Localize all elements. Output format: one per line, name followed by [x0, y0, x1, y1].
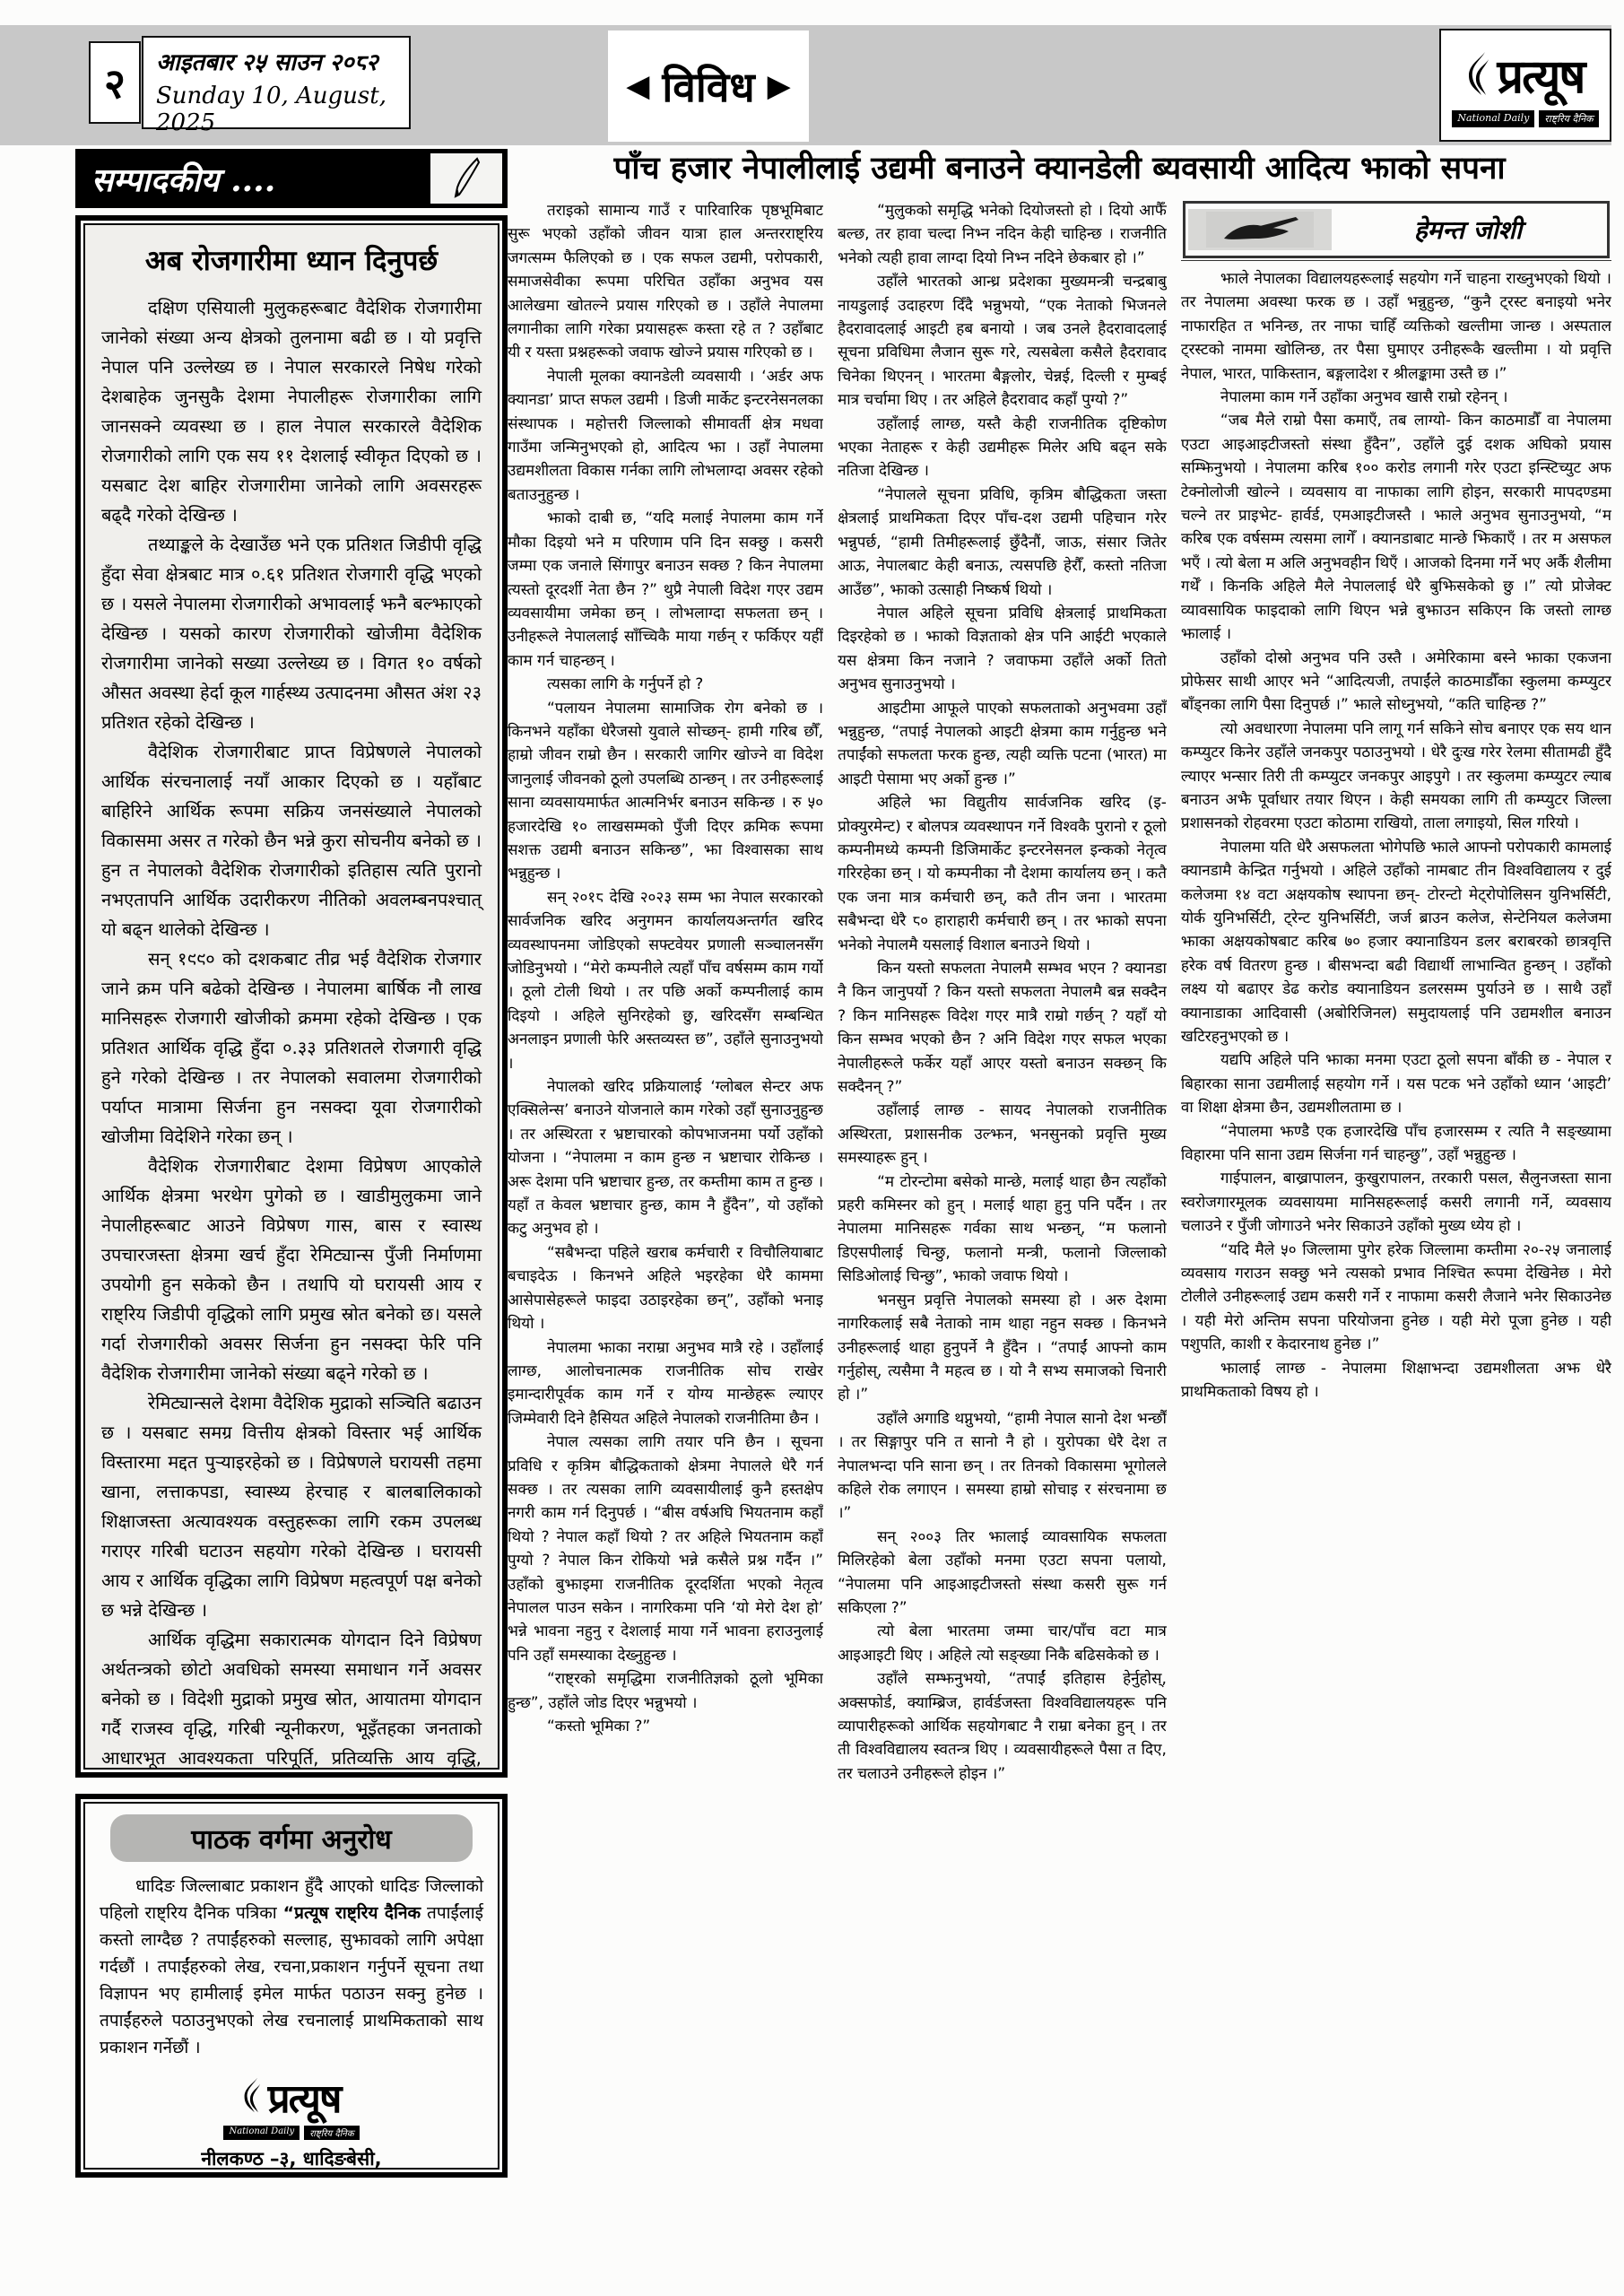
page-number: २	[89, 41, 141, 124]
editorial-paragraph: रेमिट्यान्सले देशमा वैदेशिक मुद्राको सञ्…	[101, 1388, 482, 1625]
masthead-tagline-en: National Daily	[1452, 110, 1534, 127]
footer-logo-name: प्रत्यूष	[268, 2070, 341, 2124]
contact-block: नीलकण्ठ –३, धादिङबेसी, फोन ०१०-५२१४३०,९८…	[100, 2145, 483, 2170]
masthead-flame-icon	[1467, 50, 1494, 100]
article-paragraph: नेपाल अहिले सूचना प्रविधि क्षेत्रलाई प्र…	[838, 602, 1167, 697]
masthead: प्रत्यूष National Daily राष्ट्रिय दैनिक	[1439, 29, 1611, 142]
byline-box: हेमन्त जोशी	[1183, 201, 1610, 258]
article-paragraph: उहाँले भारतको आन्ध्र प्रदेशका मुख्यमन्त्…	[838, 270, 1167, 412]
article-paragraph: उहाँले सम्झनुभयो, “तपाईं इतिहास हेर्नुहो…	[838, 1667, 1167, 1786]
article-column-3: हेमन्त जोशी झाले नेपालका विद्यालयहरूलाई …	[1181, 199, 1611, 2278]
article-paragraph: सन् २००३ तिर झालाई व्यावसायिक सफलता मिलि…	[838, 1526, 1167, 1621]
main-article: पाँच हजार नेपालीलाई उद्यमी बनाउने क्यानड…	[508, 149, 1611, 2278]
article-paragraph: “जब मैले राम्रो पैसा कमाएँ, तब लाग्यो- क…	[1181, 409, 1611, 646]
article-paragraph: उहाँलाई लाग्छ - सायद नेपालको राजनीतिक अस…	[838, 1099, 1167, 1170]
article-paragraph: “म टोरन्टोमा बसेको मान्छे, मलाई थाहा छैन…	[838, 1170, 1167, 1289]
editorial-paragraph: वैदेशिक रोजगारीबाट प्राप्त विप्रेषणले ने…	[101, 737, 482, 944]
article-paragraph: “यदि मैले ५० जिल्लामा पुगेर हरेक जिल्लाम…	[1181, 1239, 1611, 1357]
masthead-tagline-np: राष्ट्रिय दैनिक	[1539, 110, 1598, 127]
reader-request-box: पाठक वर्गमा अनुरोध धादिङ जिल्लाबाट प्रका…	[75, 1794, 508, 2178]
article-column-1: तराइको सामान्य गाउँ र पारिवारिक पृष्ठभूम…	[508, 199, 823, 2278]
article-paragraph: भनसुन प्रवृत्ति नेपालको समस्या हो । अरु …	[838, 1289, 1167, 1407]
footer-logo-tagline-en: National Daily	[223, 2126, 300, 2140]
reader-request-title: पाठक वर्गमा अनुरोध	[110, 1814, 473, 1862]
article-paragraph: नेपालमा यति धेरै असफलता भोगेपछि झाले आफ्…	[1181, 836, 1611, 1049]
newspaper-page: २ आइतबार २५ साउन २०८२ Sunday 10, August,…	[0, 0, 1624, 2296]
reader-request-brand: “प्रत्यूष राष्ट्रिय दैनिक	[283, 1903, 421, 1923]
article-paragraph: “सबैभन्दा पहिले खराब कर्मचारी र विचौलिया…	[508, 1241, 823, 1336]
article-paragraph: “नेपालमा झण्डै एक हजारदेखि पाँच हजारसम्म…	[1181, 1120, 1611, 1168]
article-paragraph: नेपाली मूलका क्यानडेली व्यवसायी । ‘अर्डर…	[508, 365, 823, 507]
article-paragraph: झाले नेपालका विद्यालयहरूलाई सहयोग गर्ने …	[1181, 267, 1611, 386]
editorial-label: सम्पादकीय ....	[91, 157, 275, 201]
editorial-title: अब रोजगारीमा ध्यान दिनुपर्छ	[101, 241, 482, 279]
masthead-name: प्रत्यूष	[1498, 43, 1585, 107]
article-paragraph: नेपाल त्यसका लागि तयार पनि छैन । सूचना प…	[508, 1431, 823, 1667]
article-paragraph: आइटीमा आफूले पाएको सफलताको अनुभवमा उहाँ …	[838, 697, 1167, 792]
writing-hand-icon	[1188, 209, 1332, 250]
article-paragraph: “मुलुकको समृद्धि भनेको दियोजस्तो हो । दि…	[838, 199, 1167, 270]
article-paragraph: गाईपालन, बाख्रापालन, कुखुरापालन, तरकारी …	[1181, 1167, 1611, 1238]
right-arrow-icon: ▶	[768, 71, 791, 101]
footer-flame-icon	[243, 2076, 265, 2118]
date-box: आइतबार २५ साउन २०८२ Sunday 10, August, 2…	[142, 36, 411, 129]
editorial-paragraph: वैदेशिक रोजगारीबाट देशमा विप्रेषण आएकोले…	[101, 1152, 482, 1388]
article-paragraph: नेपालमा झाका नराम्रा अनुभव मात्रै रहे । …	[508, 1336, 823, 1431]
sidebar: सम्पादकीय .... अब रोजगारीमा ध्यान दिनुपर…	[75, 149, 508, 2178]
editorial-banner: सम्पादकीय ....	[75, 149, 508, 208]
section-title: विविध	[662, 58, 754, 114]
article-paragraph: “राष्ट्रको समृद्धिमा राजनीतिज्ञको ठूलो भ…	[508, 1667, 823, 1715]
article-paragraph: झालाई लाग्छ - नेपालमा शिक्षाभन्दा उद्यमश…	[1181, 1357, 1611, 1405]
editorial-box: अब रोजगारीमा ध्यान दिनुपर्छ दक्षिण एसिया…	[75, 215, 508, 1778]
article-paragraph: सन् २०१८ देखि २०२३ सम्म झा नेपाल सरकारको…	[508, 886, 823, 1075]
editorial-paragraph: तथ्याङ्कले के देखाउँछ भने एक प्रतिशत जिड…	[101, 530, 482, 737]
page-number-value: २	[104, 55, 126, 110]
article-paragraph: “पलायन नेपालमा सामाजिक रोग बनेको छ । किन…	[508, 697, 823, 886]
article-paragraph: त्यो बेला भारतमा जम्मा चार/पाँच वटा मात्…	[838, 1620, 1167, 1667]
article-paragraph: उहाँलाई लाग्छ, यस्तै केही राजनीतिक दृष्ट…	[838, 413, 1167, 483]
article-paragraph: “कस्तो भूमिका ?”	[508, 1715, 823, 1738]
editorial-paragraph: दक्षिण एसियाली मुलुकहरूबाट वैदेशिक रोजगा…	[101, 293, 482, 530]
article-paragraph: तराइको सामान्य गाउँ र पारिवारिक पृष्ठभूम…	[508, 199, 823, 365]
quill-pen-icon	[430, 153, 502, 204]
article-body: तराइको सामान्य गाउँ र पारिवारिक पृष्ठभूम…	[508, 199, 1611, 2278]
reader-request-body: धादिङ जिल्लाबाट प्रकाशन हुँदै आएको धादिङ…	[100, 1873, 483, 2061]
date-nepali: आइतबार २५ साउन २०८२	[156, 45, 396, 77]
contact-address: नीलकण्ठ –३, धादिङबेसी,	[100, 2145, 483, 2170]
article-paragraph: नेपालको खरिद प्रक्रियालाई ‘ग्लोबल सेन्टर…	[508, 1075, 823, 1241]
left-arrow-icon: ◀	[626, 71, 649, 101]
article-paragraph: नेपालमा काम गर्ने उहाँका अनुभव खासै राम्…	[1181, 386, 1611, 409]
date-english: Sunday 10, August, 2025	[156, 83, 396, 136]
article-paragraph: अहिले झा विद्युतीय सार्वजनिक खरिद (इ-प्र…	[838, 791, 1167, 957]
article-paragraph: यद्यपि अहिले पनि झाका मनमा एउटा ठूलो सपन…	[1181, 1048, 1611, 1119]
section-box: ◀ विविध ▶	[608, 30, 809, 142]
article-paragraph: झाको दाबी छ, “यदि मलाई नेपालमा काम गर्ने…	[508, 507, 823, 673]
article-paragraph: “नेपालले सूचना प्रविधि, कृत्रिम बौद्धिकत…	[838, 483, 1167, 602]
article-paragraph: त्यसका लागि के गर्नुपर्ने हो ?	[508, 673, 823, 696]
article-paragraph: त्यो अवधारणा नेपालमा पनि लागू गर्न सकिने…	[1181, 717, 1611, 836]
article-paragraph: उहाँको दोस्रो अनुभव पनि उस्तै । अमेरिकाम…	[1181, 647, 1611, 717]
byline-name: हेमन्त जोशी	[1332, 213, 1604, 247]
article-headline: पाँच हजार नेपालीलाई उद्यमी बनाउने क्यानड…	[508, 149, 1611, 188]
editorial-paragraph: सन् १९९० को दशकबाट तीव्र भई वैदेशिक रोजग…	[101, 944, 482, 1152]
footer-logo-tagline-np: राष्ट्रिय दैनिक	[304, 2126, 359, 2140]
article-paragraph: उहाँले अगाडि थप्नुभयो, “हामी नेपाल सानो …	[838, 1407, 1167, 1526]
reader-request-body-after: तपाईंलाई कस्तो लाग्दैछ ? तपाईंहरुको सल्ल…	[100, 1903, 483, 2057]
footer-logo: प्रत्यूष National Daily राष्ट्रिय दैनिक	[100, 2070, 483, 2140]
article-paragraph: किन यस्तो सफलता नेपालमै सम्भव भएन ? क्या…	[838, 957, 1167, 1099]
editorial-paragraph: आर्थिक वृद्धिमा सकारात्मक योगदान दिने वि…	[101, 1625, 482, 1770]
article-column-2: “मुलुकको समृद्धि भनेको दियोजस्तो हो । दि…	[838, 199, 1167, 2278]
